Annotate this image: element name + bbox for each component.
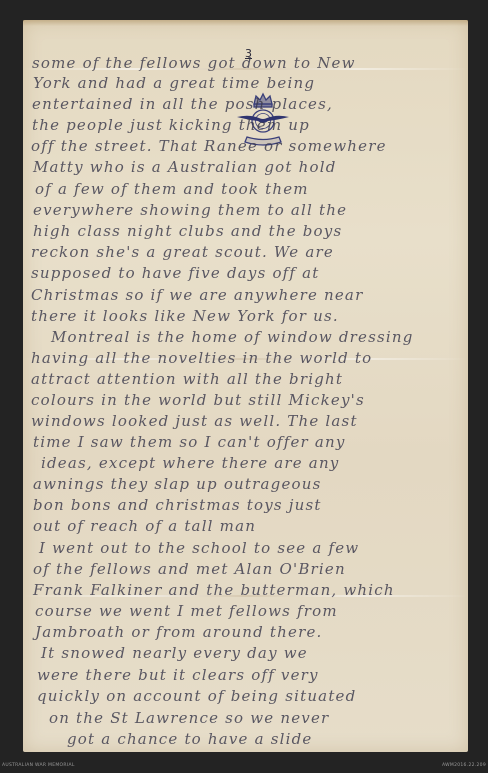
letter-line: York and had a great time being xyxy=(33,74,315,92)
letter-line: of the fellows and met Alan O'Brien xyxy=(33,560,346,578)
letter-line: colours in the world but still Mickey's xyxy=(31,391,365,409)
letter-line: there it looks like New York for us. xyxy=(31,307,339,325)
letter-line: some of the fellows got down to New xyxy=(32,54,356,72)
letter-line: everywhere showing them to all the xyxy=(33,201,347,219)
letter-line: It snowed nearly every day we xyxy=(41,644,308,662)
letter-line: out of reach of a tall man xyxy=(33,517,256,535)
letter-line: reckon she's a great scout. We are xyxy=(31,243,334,261)
letter-line: awnings they slap up outrageous xyxy=(33,475,322,493)
letter-line: I went out to the school to see a few xyxy=(39,539,359,557)
letter-line: Montreal is the home of window dressing xyxy=(51,328,414,346)
letter-line: entertained in all the posh places, xyxy=(32,95,333,113)
letter-line: course we went I met fellows from xyxy=(35,602,338,620)
letter-line: quickly on account of being situated xyxy=(37,687,356,705)
letter-line: the people just kicking them up xyxy=(32,116,310,134)
letter-line: were there but it clears off very xyxy=(37,666,319,684)
letter-line: having all the novelties in the world to xyxy=(31,349,372,367)
letter-line: on the St Lawrence so we never xyxy=(49,709,329,727)
letter-line: ideas, except where there are any xyxy=(41,454,339,472)
institution-credit: AUSTRALIAN WAR MEMORIAL xyxy=(2,763,75,768)
catalogue-number: AWM2016.22.209 xyxy=(442,763,486,768)
letter-line: supposed to have five days off at xyxy=(31,264,320,282)
letter-line: time I saw them so I can't offer any xyxy=(33,433,346,451)
paper-stain xyxy=(23,20,468,26)
letter-line: windows looked just as well. The last xyxy=(31,412,358,430)
letter-line: attract attention with all the bright xyxy=(31,370,343,388)
letter-line: Christmas so if we are anywhere near xyxy=(31,286,363,304)
letter-page: 3 some of the fellows got down to New Yo… xyxy=(23,20,468,752)
letter-line: of a few of them and took them xyxy=(35,180,309,198)
letter-line: bon bons and christmas toys just xyxy=(33,496,322,514)
letter-line: got a chance to have a slide xyxy=(67,730,312,748)
letter-line: high class night clubs and the boys xyxy=(33,222,342,240)
letter-line: off the street. That Ranee or somewhere xyxy=(31,137,387,155)
letter-line: Frank Falkiner and the butterman, which xyxy=(33,581,395,599)
letter-line: Jambroath or from around there. xyxy=(35,623,323,641)
letter-line: Matty who is a Australian got hold xyxy=(33,158,337,176)
